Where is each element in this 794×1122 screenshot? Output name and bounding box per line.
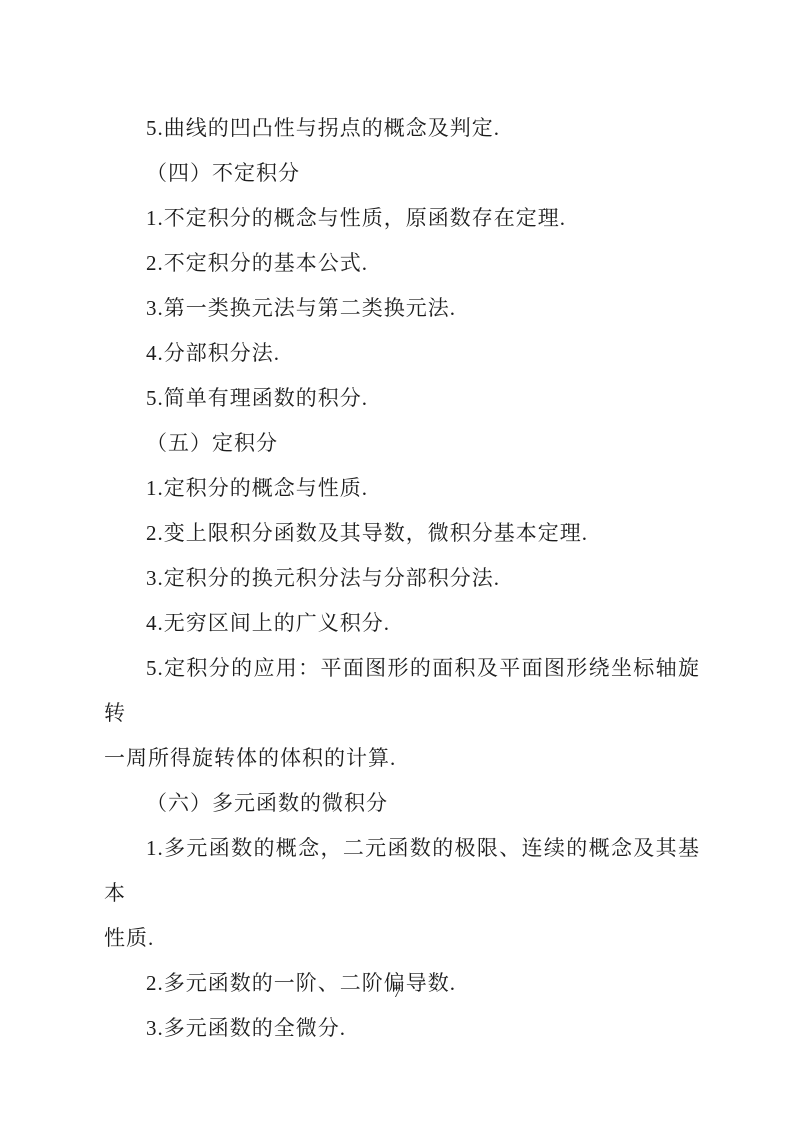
paragraph: （四）不定积分 bbox=[104, 151, 700, 196]
document-page: 5.曲线的凹凸性与拐点的概念及判定.（四）不定积分1.不定积分的概念与性质，原函… bbox=[0, 0, 794, 1122]
paragraph: 5.定积分的应用：平面图形的面积及平面图形绕坐标轴旋转 一周所得旋转体的体积的计… bbox=[104, 646, 700, 781]
paragraph: 4.无穷区间上的广义积分. bbox=[104, 601, 700, 646]
page-number: 7 bbox=[0, 984, 794, 1002]
paragraph: 1.不定积分的概念与性质，原函数存在定理. bbox=[104, 196, 700, 241]
document-body: 5.曲线的凹凸性与拐点的概念及判定.（四）不定积分1.不定积分的概念与性质，原函… bbox=[104, 106, 700, 1051]
paragraph: 1.多元函数的概念，二元函数的极限、连续的概念及其基本 性质. bbox=[104, 826, 700, 961]
paragraph: 1.定积分的概念与性质. bbox=[104, 466, 700, 511]
paragraph: （六）多元函数的微积分 bbox=[104, 781, 700, 826]
paragraph: （五）定积分 bbox=[104, 421, 700, 466]
paragraph: 5.简单有理函数的积分. bbox=[104, 376, 700, 421]
paragraph: 4.分部积分法. bbox=[104, 331, 700, 376]
paragraph: 3.多元函数的全微分. bbox=[104, 1006, 700, 1051]
paragraph: 2.变上限积分函数及其导数，微积分基本定理. bbox=[104, 511, 700, 556]
paragraph: 3.定积分的换元积分法与分部积分法. bbox=[104, 556, 700, 601]
paragraph: 2.不定积分的基本公式. bbox=[104, 241, 700, 286]
paragraph: 3.第一类换元法与第二类换元法. bbox=[104, 286, 700, 331]
paragraph: 5.曲线的凹凸性与拐点的概念及判定. bbox=[104, 106, 700, 151]
